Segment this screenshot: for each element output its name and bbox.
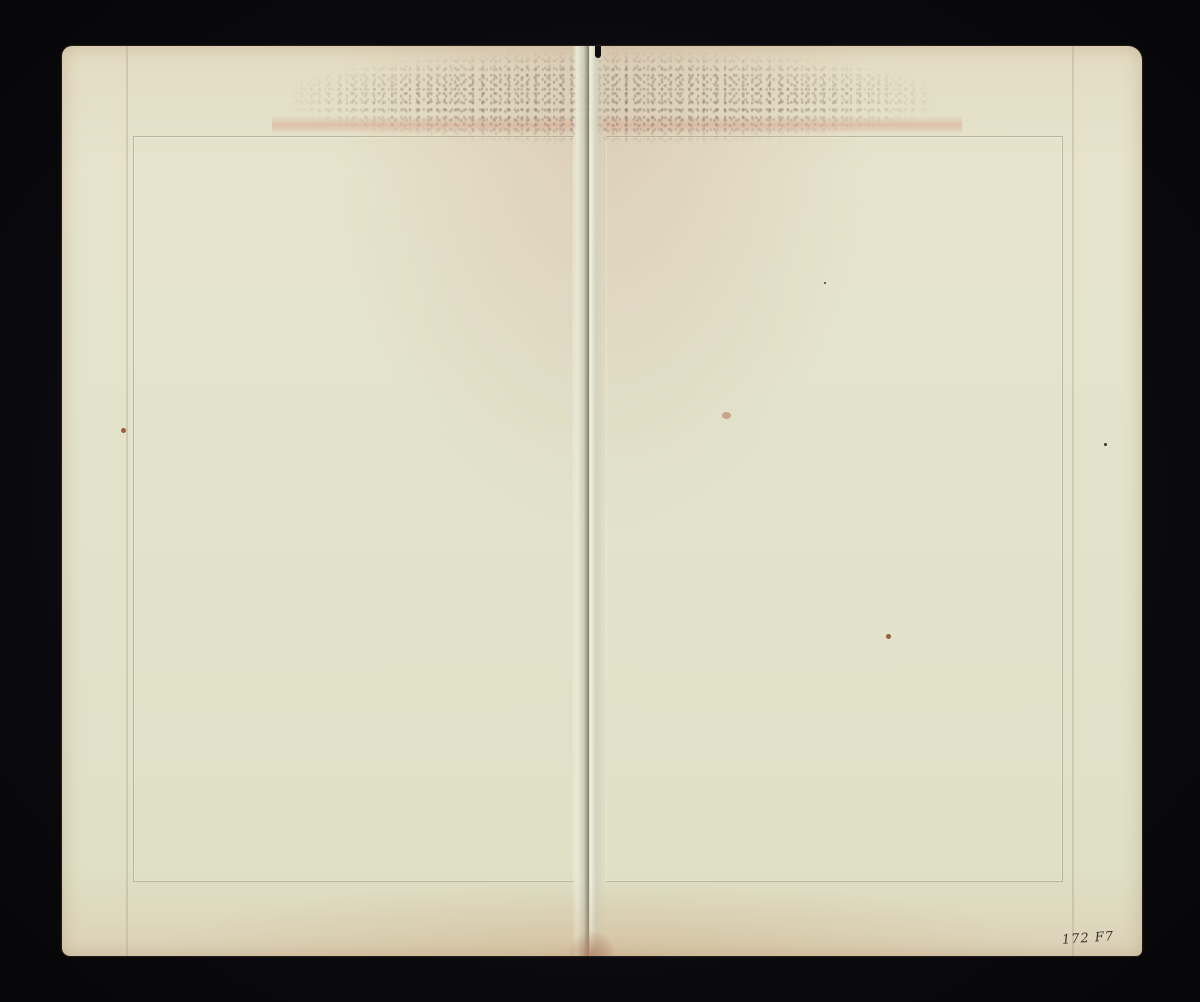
ink-spot [824,282,826,284]
ink-spot [121,428,126,433]
paper-sheet: 172 F7 [62,46,1142,956]
right-margin-rule [1072,46,1074,956]
fold-bottom-stain [567,930,617,956]
plate-mark-right [606,136,1063,882]
center-fold [572,46,606,956]
fold-notch [595,46,601,58]
ink-spot [886,634,891,639]
plate-mark-left [133,136,574,882]
stain-spot [722,412,731,419]
left-margin-rule [126,46,128,956]
foxing-spots [292,52,932,144]
ink-spot [1104,443,1107,446]
